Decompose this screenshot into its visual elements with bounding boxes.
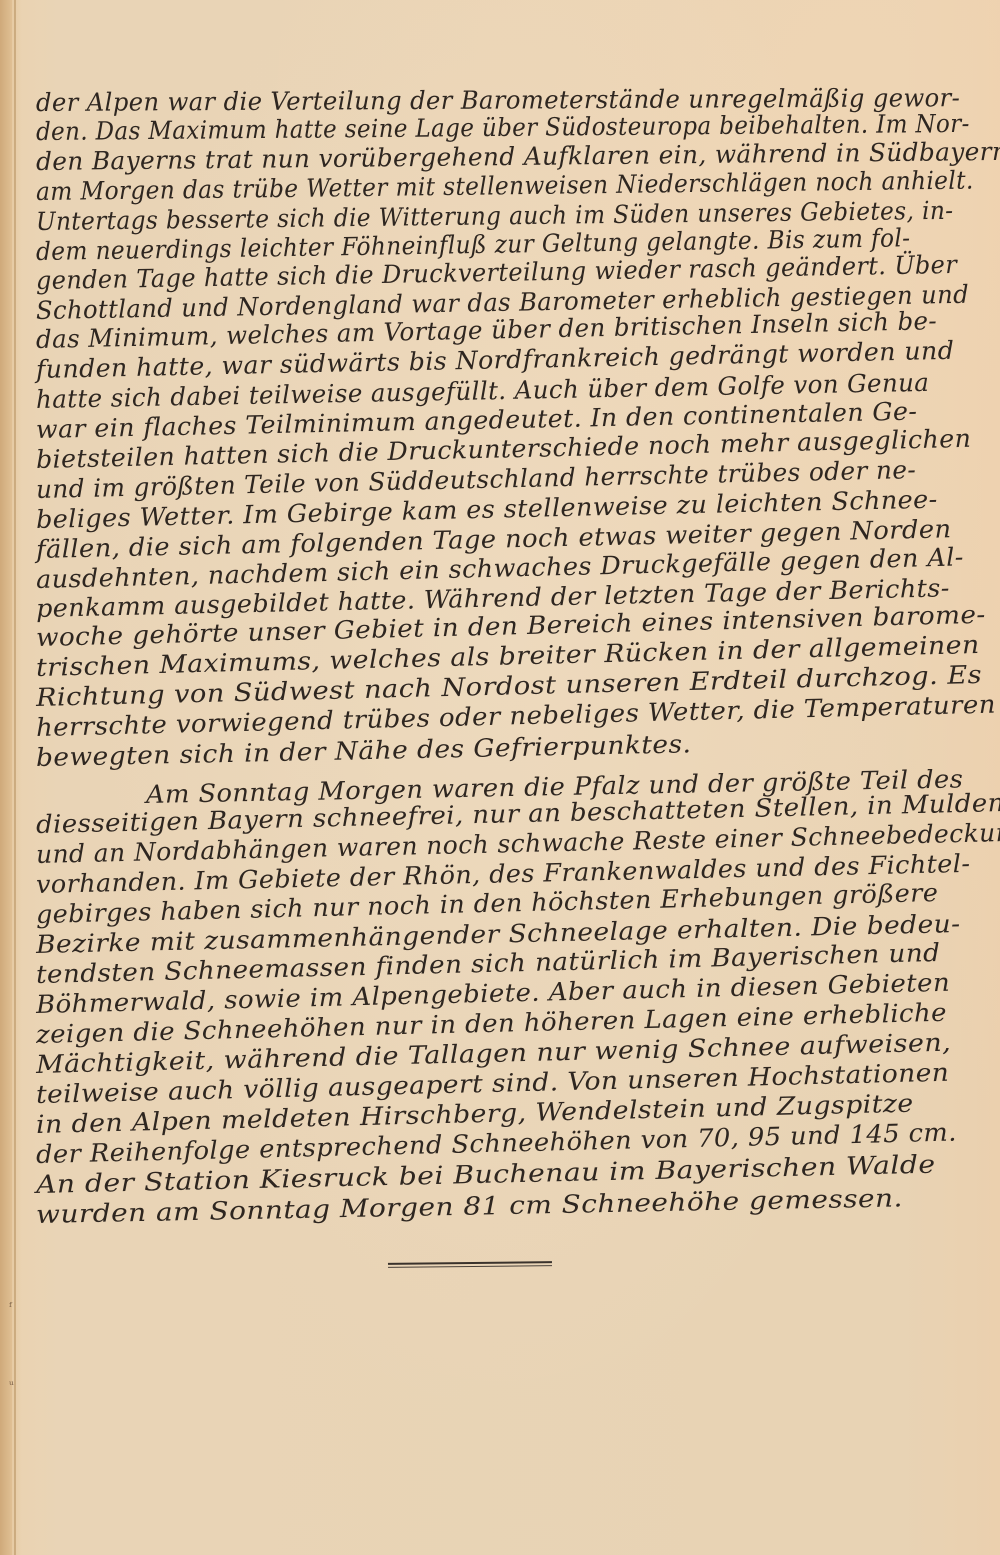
section-divider (388, 1261, 552, 1268)
binding-edge (0, 0, 12, 1555)
manuscript-page: der Alpen war die Verteilung der Baromet… (0, 0, 1000, 1555)
binding-crease (14, 0, 16, 1555)
margin-mark: ᶠ (9, 1300, 12, 1314)
margin-mark: ᵘ (9, 1378, 14, 1392)
